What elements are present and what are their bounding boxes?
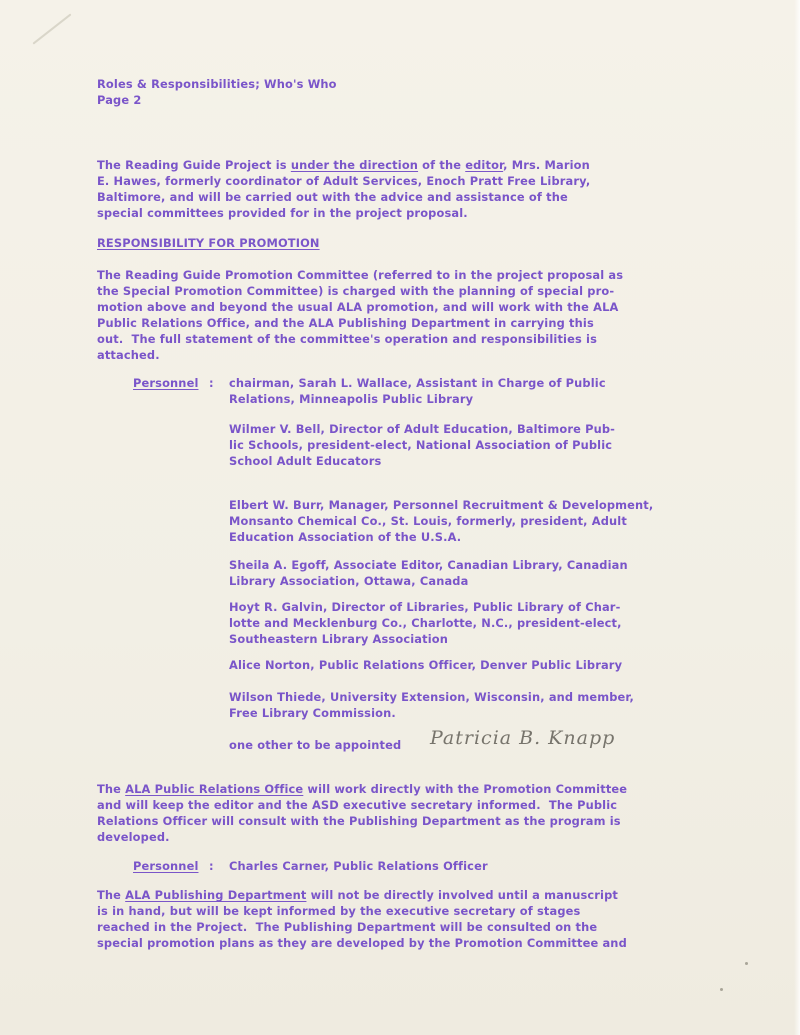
personnel-entry-line: Free Library Commission. bbox=[229, 705, 396, 721]
personnel-entry-line: School Adult Educators bbox=[229, 453, 381, 469]
personnel-entry-line: lotte and Mecklenburg Co., Charlotte, N.… bbox=[229, 615, 622, 631]
intro-line-1: The Reading Guide Project is under the d… bbox=[97, 157, 590, 173]
personnel-entry-line: Southeastern Library Association bbox=[229, 631, 448, 647]
section-heading-promotion: RESPONSIBILITY FOR PROMOTION bbox=[97, 235, 320, 251]
personnel-entry-line: Wilson Thiede, University Extension, Wis… bbox=[229, 689, 634, 705]
pr-personnel-label: Personnel bbox=[133, 858, 199, 874]
personnel-entry-line: chairman, Sarah L. Wallace, Assistant in… bbox=[229, 375, 606, 391]
personnel-entry-line: Alice Norton, Public Relations Officer, … bbox=[229, 657, 622, 673]
personnel-entry-line: Wilmer V. Bell, Director of Adult Educat… bbox=[229, 421, 615, 437]
publishing-line: is in hand, but will be kept informed by… bbox=[97, 903, 580, 919]
paper-speck bbox=[720, 988, 723, 991]
publishing-line-1: The ALA Publishing Department will not b… bbox=[97, 887, 618, 903]
promotion-line: Public Relations Office, and the ALA Pub… bbox=[97, 315, 594, 331]
other-appointed: one other to be appointed bbox=[229, 737, 401, 753]
underlined-pr-office: ALA Public Relations Office bbox=[125, 782, 303, 796]
pr-office-line-1: The ALA Public Relations Office will wor… bbox=[97, 781, 627, 797]
promotion-line: attached. bbox=[97, 347, 160, 363]
publishing-line: reached in the Project. The Publishing D… bbox=[97, 919, 597, 935]
paper-crease-mark bbox=[32, 13, 71, 44]
pr-office-line: developed. bbox=[97, 829, 170, 845]
personnel-entry-line: Education Association of the U.S.A. bbox=[229, 529, 461, 545]
personnel-entry-line: Sheila A. Egoff, Associate Editor, Canad… bbox=[229, 557, 628, 573]
underlined-editor: editor bbox=[465, 158, 503, 172]
promotion-line: motion above and beyond the usual ALA pr… bbox=[97, 299, 618, 315]
intro-line-3: Baltimore, and will be carried out with … bbox=[97, 189, 568, 205]
personnel-entry-line: Library Association, Ottawa, Canada bbox=[229, 573, 468, 589]
personnel-label: Personnel bbox=[133, 375, 199, 391]
document-title: Roles & Responsibilities; Who's Who bbox=[97, 76, 337, 92]
paper-speck bbox=[745, 962, 748, 965]
pr-personnel-name: Charles Carner, Public Relations Officer bbox=[229, 858, 488, 874]
document-page: Roles & Responsibilities; Who's Who Page… bbox=[0, 0, 800, 1035]
promotion-line: the Special Promotion Committee) is char… bbox=[97, 283, 614, 299]
underlined-publishing-dept: ALA Publishing Department bbox=[125, 888, 306, 902]
intro-line-2: E. Hawes, formerly coordinator of Adult … bbox=[97, 173, 590, 189]
personnel-entry-line: Hoyt R. Galvin, Director of Libraries, P… bbox=[229, 599, 620, 615]
promotion-line: The Reading Guide Promotion Committee (r… bbox=[97, 267, 623, 283]
personnel-entry-line: lic Schools, president-elect, National A… bbox=[229, 437, 612, 453]
personnel-entry-line: Elbert W. Burr, Manager, Personnel Recru… bbox=[229, 497, 653, 513]
page-number: Page 2 bbox=[97, 92, 141, 108]
underlined-phrase: under the direction bbox=[291, 158, 418, 172]
personnel-entry-line: Monsanto Chemical Co., St. Louis, former… bbox=[229, 513, 627, 529]
intro-line-4: special committees provided for in the p… bbox=[97, 205, 468, 221]
personnel-entry-line: Relations, Minneapolis Public Library bbox=[229, 391, 473, 407]
promotion-line: out. The full statement of the committee… bbox=[97, 331, 597, 347]
personnel-colon: : bbox=[209, 375, 214, 391]
pr-personnel-colon: : bbox=[209, 858, 214, 874]
pr-office-line: and will keep the editor and the ASD exe… bbox=[97, 797, 617, 813]
publishing-line: special promotion plans as they are deve… bbox=[97, 935, 627, 951]
handwritten-name: Patricia B. Knapp bbox=[430, 727, 615, 749]
pr-office-line: Relations Officer will consult with the … bbox=[97, 813, 621, 829]
